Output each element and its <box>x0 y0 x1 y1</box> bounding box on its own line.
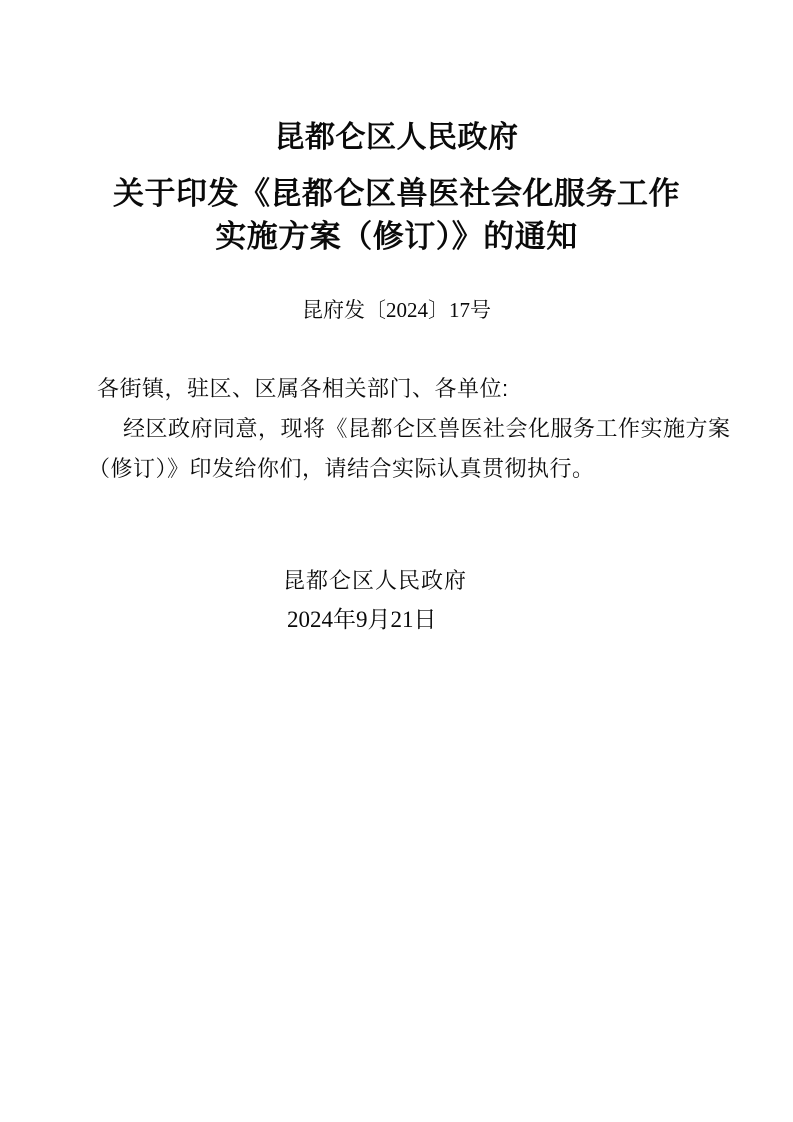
body-paragraph-line-1: 经区政府同意，现将《昆都仑区兽医社会化服务工作实施方案 <box>123 414 731 444</box>
document-page: 昆都仑区人民政府 关于印发《昆都仑区兽医社会化服务工作 实施方案（修订）》的通知… <box>0 0 793 1122</box>
notice-title-line-1: 关于印发《昆都仑区兽医社会化服务工作 <box>40 172 753 215</box>
body-paragraph-line-2: （修订）》印发给你们，请结合实际认真贯彻执行。 <box>88 454 595 484</box>
notice-title-line-2: 实施方案（修订）》的通知 <box>40 215 753 258</box>
signature-date: 2024年9月21日 <box>287 605 437 635</box>
signature-issuer: 昆都仑区人民政府 <box>283 566 467 596</box>
notice-title: 关于印发《昆都仑区兽医社会化服务工作 实施方案（修订）》的通知 <box>40 172 753 258</box>
issuer-title: 昆都仑区人民政府 <box>0 120 793 156</box>
document-number: 昆府发〔2024〕17号 <box>0 296 793 324</box>
salutation: 各街镇，驻区、区属各相关部门、各单位: <box>97 374 509 404</box>
